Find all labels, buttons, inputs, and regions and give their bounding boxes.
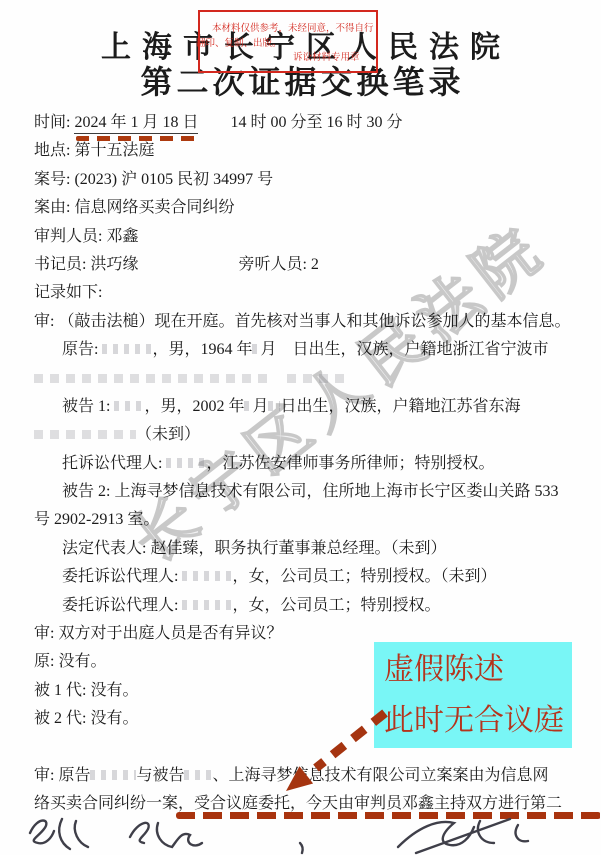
annotation-arrow-icon — [282, 703, 392, 798]
document-line: 案号: (2023) 沪 0105 民初 34997 号 — [34, 166, 594, 194]
redacted-text — [90, 770, 136, 780]
stamp-text-line3: 诉讼材料专用章 — [293, 53, 360, 64]
document-line: 案由: 信息网络买卖合同纠纷 — [34, 194, 594, 222]
line-text: 被 2 代: 没有。 — [34, 710, 138, 727]
document-line: 托诉讼代理人: ，江苏佐安律师事务所律师；特别授权。 — [34, 450, 594, 478]
line-text: ，男，1964 年 — [152, 341, 252, 358]
document-line: 委托诉讼代理人: ，女，公司员工；特别授权。（未到） — [34, 563, 594, 591]
redacted-text — [34, 374, 269, 383]
line-text: 原告: — [62, 341, 102, 358]
document-line: 时间: 2024 年 1 月 18 日 14 时 00 分至 16 时 30 分 — [34, 109, 594, 137]
line-text: ，江苏佐安律师事务所律师；特别授权。 — [206, 455, 494, 472]
line-text: 原: 没有。 — [34, 653, 106, 670]
document-line: （未到） — [34, 421, 594, 449]
annotation-text-false-statement: 虚假陈述 — [384, 644, 572, 695]
line-text: 被 1 代: 没有。 — [34, 682, 138, 699]
line-text: 时间: — [34, 114, 74, 131]
line-text: （未到） — [136, 426, 200, 443]
stamp-text-line1: 本材料仅供参考，未经同意，不得自行 — [212, 24, 374, 35]
document-line: 审: （敲击法槌）现在开庭。首先核对当事人和其他诉讼参加人的基本信息。 — [34, 308, 594, 336]
line-text: 审: 原告 — [34, 767, 90, 784]
line-text: 月 — [252, 398, 268, 415]
redacted-text — [34, 430, 136, 439]
document-line: 原告: ，男，1964 年月 日出生，汉族，户籍地浙江省宁波市 — [34, 336, 594, 364]
line-text: ，女，公司员工；特别授权。（未到） — [232, 568, 496, 585]
redacted-text — [268, 401, 280, 411]
line-text: 委托诉讼代理人: — [62, 568, 182, 585]
line-text: 日出生，汉族，户籍地江苏省东海 — [280, 398, 520, 415]
line-text: 月 日出生，汉族，户籍地浙江省宁波市 — [260, 341, 548, 358]
document-line: 被告 2: 上海寻梦信息技术有限公司，住所地上海市长宁区娄山关路 533 — [34, 478, 594, 506]
document-line: 委托诉讼代理人: ，女，公司员工；特别授权。 — [34, 592, 594, 620]
document-line — [34, 365, 594, 393]
document-line: 号 2902-2913 室。 — [34, 506, 594, 534]
line-text: 地点: 第十五法庭 — [34, 142, 154, 159]
spacer — [269, 382, 287, 383]
annotation-highlight-box: 虚假陈述 此时无合议庭 — [374, 642, 572, 748]
redacted-text — [166, 458, 206, 468]
line-text: ，女，公司员工；特别授权。 — [232, 597, 440, 614]
hearing-date: 2024 年 1 月 18 日 — [74, 113, 198, 134]
court-transcript-page: 长宁区人民法院 上海市长宁区人民法院 第二次证据交换笔录 本材料仅供参考，未经同… — [0, 0, 601, 855]
annotation-text-no-panel: 此时无合议庭 — [384, 695, 572, 746]
document-line: 书记员: 洪巧缘旁听人员: 2 — [34, 251, 594, 279]
line-text: 法定代表人: 赵佳臻，职务执行董事兼总经理。（未到） — [62, 540, 446, 557]
line-text: 案由: 信息网络买卖合同纠纷 — [34, 199, 234, 216]
redacted-text — [182, 571, 232, 581]
line-text: 书记员: 洪巧缘 — [34, 256, 138, 273]
document-line: 记录如下: — [34, 279, 594, 307]
line-text: 托诉讼代理人: — [62, 455, 166, 472]
document-line: 被告 1: ，男，2002 年月日出生，汉族，户籍地江苏省东海 — [34, 393, 594, 421]
line-text: 审判人员: 邓鑫 — [34, 228, 138, 245]
redacted-text — [184, 770, 212, 780]
line-text: 审: 双方对于出庭人员是否有异议？ — [34, 625, 282, 642]
line-text: 案号: (2023) 沪 0105 民初 34997 号 — [34, 171, 273, 188]
redacted-text — [114, 401, 144, 411]
redacted-text — [182, 600, 232, 610]
document-line: 法定代表人: 赵佳臻，职务执行董事兼总经理。（未到） — [34, 535, 594, 563]
line-text: 14 时 00 分至 16 时 30 分 — [198, 114, 402, 131]
stamp-text-line2: 翻印、复制、出版。 — [196, 39, 282, 50]
line-text: 记录如下: — [34, 284, 102, 301]
line-text: 与被告 — [136, 767, 184, 784]
handwritten-signatures — [18, 813, 584, 855]
line-text: ，男，2002 年 — [144, 398, 244, 415]
line-text: 被告 1: — [62, 398, 114, 415]
document-line: 地点: 第十五法庭 — [34, 137, 594, 165]
line-text: 旁听人员: 2 — [238, 256, 318, 273]
document-line: 审判人员: 邓鑫 — [34, 223, 594, 251]
line-text: 号 2902-2913 室。 — [34, 511, 159, 528]
redacted-text — [287, 374, 345, 383]
redacted-text — [102, 344, 152, 354]
spacer — [138, 268, 238, 269]
line-text: 审: （敲击法槌）现在开庭。首先核对当事人和其他诉讼参加人的基本信息。 — [34, 313, 570, 330]
line-text: 被告 2: 上海寻梦信息技术有限公司，住所地上海市长宁区娄山关路 533 — [62, 483, 558, 500]
line-text: 委托诉讼代理人: — [62, 597, 182, 614]
